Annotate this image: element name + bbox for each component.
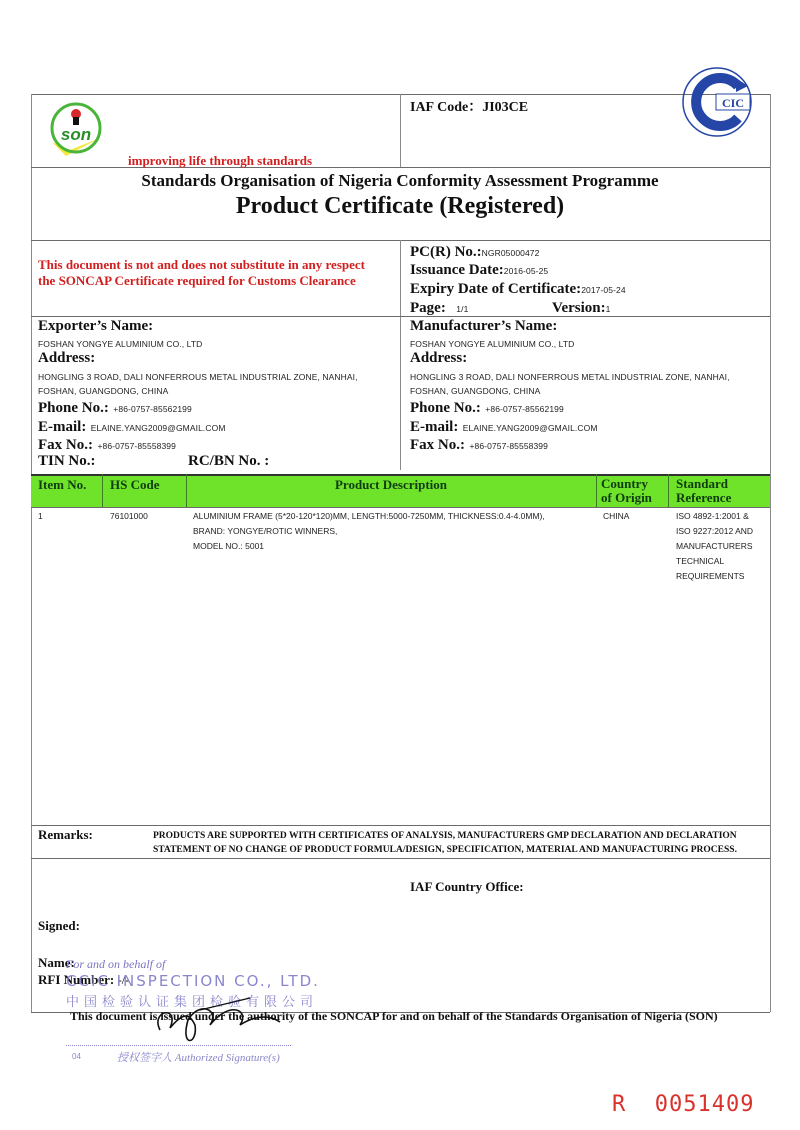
pcr-number-label: PC(R) No.: — [410, 244, 482, 260]
manufacturer-fax: Fax No.: +86-0757-85558399 — [410, 436, 548, 454]
son-logo: son — [40, 100, 112, 160]
col-header-country-line1: Country — [601, 477, 652, 491]
col-divider-4 — [668, 474, 669, 508]
stamp-number: 04 — [72, 1052, 81, 1061]
exporter-phone-label: Phone No.: — [38, 400, 109, 416]
col-header-hs-code: HS Code — [110, 478, 159, 492]
exporter-email: E-mail: ELAINE.YANG2009@GMAIL.COM — [38, 418, 226, 436]
version-label: Version: — [552, 300, 606, 316]
customs-notice-line1: This document is not and does not substi… — [38, 257, 365, 273]
stamp-caption: 授权签字人 Authorized Signature(s) — [117, 1049, 280, 1065]
col-header-description: Product Description — [186, 478, 596, 492]
manufacturer-name: FOSHAN YONGYE ALUMINIUM CO., LTD — [410, 339, 574, 349]
col-divider-1 — [102, 474, 103, 508]
exporter-phone: Phone No.: +86-0757-85562199 — [38, 399, 192, 417]
header-divider — [400, 94, 401, 167]
cell-country: CHINA — [603, 509, 629, 524]
tin-label: TIN No.: — [38, 453, 96, 470]
svg-text:son: son — [61, 125, 91, 144]
manufacturer-name-label: Manufacturer’s Name: — [410, 318, 557, 335]
page-label: Page: — [410, 300, 446, 316]
col-header-item-no: Item No. — [38, 478, 86, 492]
page-info: Page: 1/1 — [410, 299, 468, 317]
serial-number: R 0051409 — [612, 1092, 754, 1117]
manufacturer-fax-value: +86-0757-85558399 — [469, 441, 548, 451]
page-value: 1/1 — [456, 304, 468, 314]
exporter-phone-value: +86-0757-85562199 — [113, 404, 192, 414]
exporter-email-value: ELAINE.YANG2009@GMAIL.COM — [91, 423, 226, 433]
standard-line2: ISO 9227:2012 AND — [676, 524, 753, 539]
col-header-standard-line2: Reference — [676, 491, 731, 505]
rcbn-label: RC/BN No. : — [188, 453, 269, 470]
exporter-address-line1: HONGLING 3 ROAD, DALI NONFERROUS METAL I… — [38, 372, 358, 382]
remarks-line1: PRODUCTS ARE SUPPORTED WITH CERTIFICATES… — [153, 829, 737, 843]
stamp-line1: For and on behalf of — [66, 957, 165, 972]
remarks-top-border — [31, 825, 770, 826]
col-header-country: Country of Origin — [601, 477, 652, 505]
iaf-country-office-label: IAF Country Office: — [410, 879, 524, 895]
col-divider-3 — [596, 474, 597, 508]
table-header-bottom — [31, 507, 770, 508]
manufacturer-phone: Phone No.: +86-0757-85562199 — [410, 399, 564, 417]
son-logo-icon: son — [40, 100, 112, 160]
version-info: Version:1 — [552, 299, 610, 317]
cic-logo: CIC — [676, 64, 758, 140]
exporter-fax-label: Fax No.: — [38, 437, 93, 453]
description-line2: BRAND: YONGYE/ROTIC WINNERS, — [193, 524, 545, 539]
remarks-line2: STATEMENT OF NO CHANGE OF PRODUCT FORMUL… — [153, 843, 737, 857]
manufacturer-address-label: Address: — [410, 350, 467, 367]
manufacturer-fax-label: Fax No.: — [410, 437, 465, 453]
standard-line5: REQUIREMENTS — [676, 569, 753, 584]
exporter-address-line2: FOSHAN, GUANGDONG, CHINA — [38, 386, 168, 396]
pcr-number-value: NGR05000472 — [482, 248, 540, 258]
frame-right-border — [770, 94, 771, 1012]
iaf-code: IAF Code：JI03CE — [410, 96, 528, 116]
frame-left-border — [31, 94, 32, 1012]
signature-scribble-icon — [140, 990, 300, 1050]
description-line3: MODEL NO.: 5001 — [193, 539, 545, 554]
cic-logo-icon: CIC — [676, 64, 758, 140]
col-header-standard-line1: Standard — [676, 477, 731, 491]
signature — [140, 990, 300, 1050]
remarks-label: Remarks: — [38, 827, 93, 843]
exporter-email-label: E-mail: — [38, 419, 86, 435]
exporter-address-label: Address: — [38, 350, 95, 367]
manufacturer-phone-label: Phone No.: — [410, 400, 481, 416]
remarks-bottom-border — [31, 858, 770, 859]
remarks-text: PRODUCTS ARE SUPPORTED WITH CERTIFICATES… — [153, 829, 737, 857]
stamp-line2: CCIC INSPECTION CO., LTD. — [66, 972, 320, 990]
cell-description: ALUMINIUM FRAME (5*20-120*120)MM, LENGTH… — [193, 509, 545, 554]
customs-notice-line2: the SONCAP Certificate required for Cust… — [38, 273, 365, 289]
issuance-date-label: Issuance Date: — [410, 262, 504, 278]
certificate-info-bottom-border — [31, 316, 770, 317]
stamp-dotted-line — [66, 1045, 291, 1046]
expiry-date-value: 2017-05-24 — [581, 285, 625, 295]
version-value: 1 — [606, 304, 611, 314]
exporter-fax: Fax No.: +86-0757-85558399 — [38, 436, 176, 454]
manufacturer-phone-value: +86-0757-85562199 — [485, 404, 564, 414]
standard-line4: TECHNICAL — [676, 554, 753, 569]
signed-label: Signed: — [38, 918, 80, 934]
cell-standard: ISO 4892-1:2001 & ISO 9227:2012 AND MANU… — [676, 509, 753, 584]
issuance-date: Issuance Date:2016-05-25 — [410, 261, 548, 279]
exporter-fax-value: +86-0757-85558399 — [97, 441, 176, 451]
manufacturer-email: E-mail: ELAINE.YANG2009@GMAIL.COM — [410, 418, 598, 436]
standard-line3: MANUFACTURERS — [676, 539, 753, 554]
manufacturer-address-line1: HONGLING 3 ROAD, DALI NONFERROUS METAL I… — [410, 372, 730, 382]
manufacturer-email-value: ELAINE.YANG2009@GMAIL.COM — [463, 423, 598, 433]
iaf-code-value: JI03CE — [482, 100, 528, 115]
expiry-date: Expiry Date of Certificate:2017-05-24 — [410, 280, 626, 298]
cell-hs-code: 76101000 — [110, 509, 148, 524]
customs-notice: This document is not and does not substi… — [38, 257, 365, 289]
col-header-country-line2: of Origin — [601, 491, 652, 505]
expiry-date-label: Expiry Date of Certificate: — [410, 281, 581, 297]
programme-subtitle: Standards Organisation of Nigeria Confor… — [0, 171, 800, 191]
exporter-name-label: Exporter’s Name: — [38, 318, 153, 335]
col-header-standard: Standard Reference — [676, 477, 731, 505]
description-line1: ALUMINIUM FRAME (5*20-120*120)MM, LENGTH… — [193, 509, 545, 524]
exporter-name: FOSHAN YONGYE ALUMINIUM CO., LTD — [38, 339, 202, 349]
cell-item-no: 1 — [38, 509, 43, 524]
tagline: improving life through standards — [128, 153, 312, 169]
middle-divider — [400, 240, 401, 470]
page-title: Product Certificate (Registered) — [0, 193, 800, 220]
manufacturer-email-label: E-mail: — [410, 419, 458, 435]
iaf-code-label: IAF Code： — [410, 100, 482, 115]
svg-text:CIC: CIC — [722, 96, 744, 110]
manufacturer-address-line2: FOSHAN, GUANGDONG, CHINA — [410, 386, 540, 396]
pcr-number: PC(R) No.:NGR05000472 — [410, 243, 539, 261]
issuance-date-value: 2016-05-25 — [504, 266, 548, 276]
standard-line1: ISO 4892-1:2001 & — [676, 509, 753, 524]
